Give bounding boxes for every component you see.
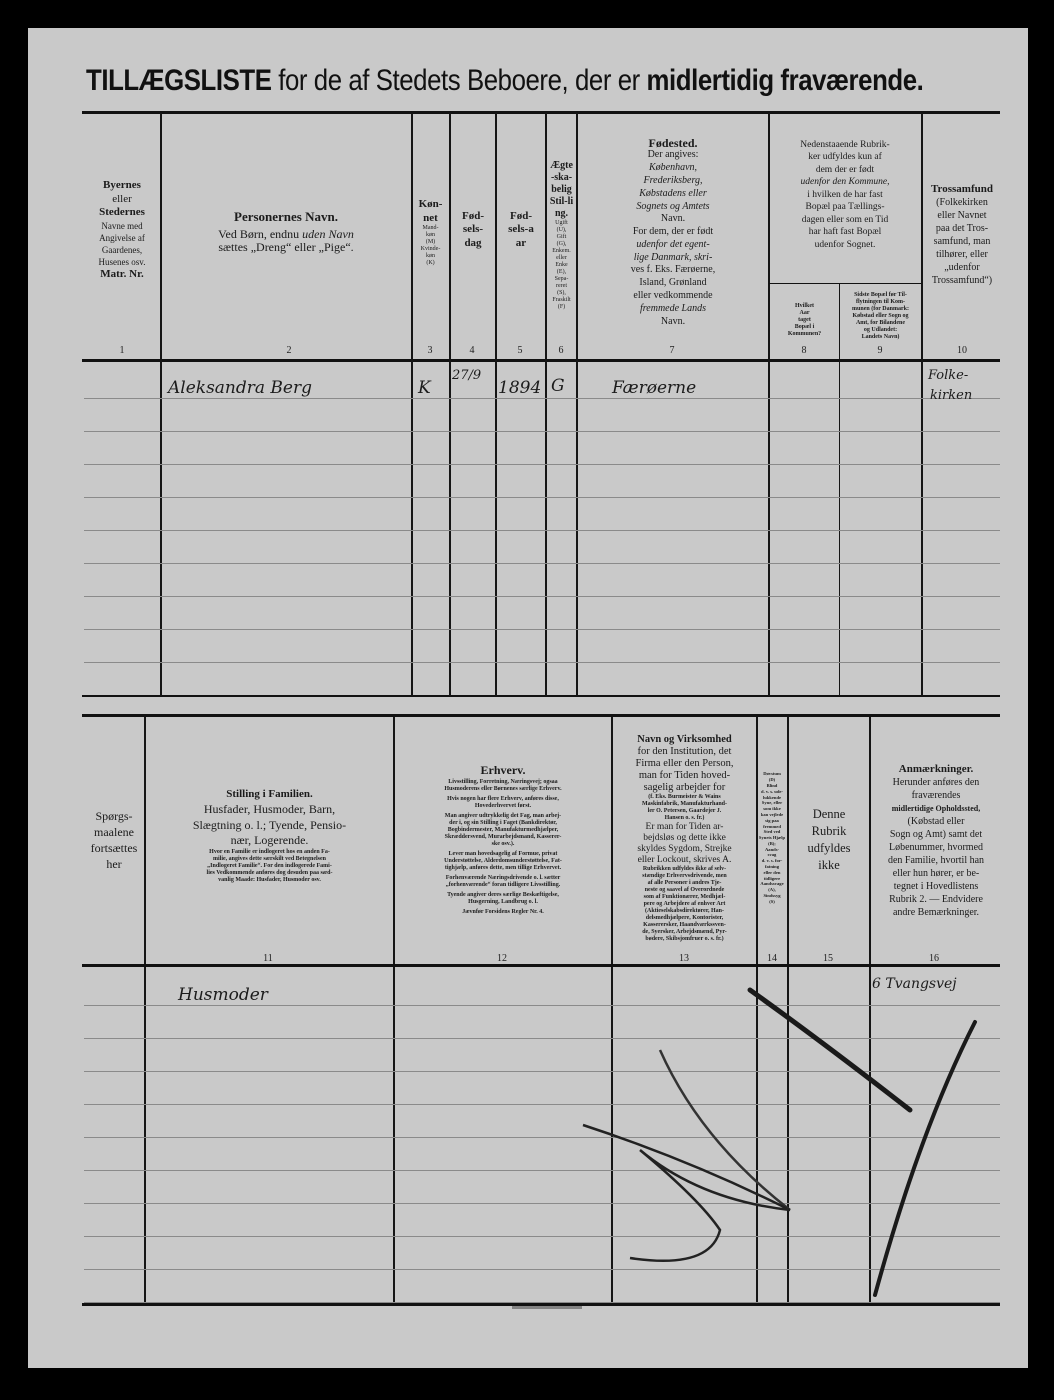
stroke-diagonal-icon <box>750 990 910 1110</box>
cancellation-strokes <box>0 0 1054 1400</box>
stroke-loop-icon <box>583 1125 790 1261</box>
printer-mark: Nielsen & Lydiche (Axel Simmelkiær) <box>512 1306 582 1309</box>
stroke-check-icon <box>875 1022 975 1295</box>
